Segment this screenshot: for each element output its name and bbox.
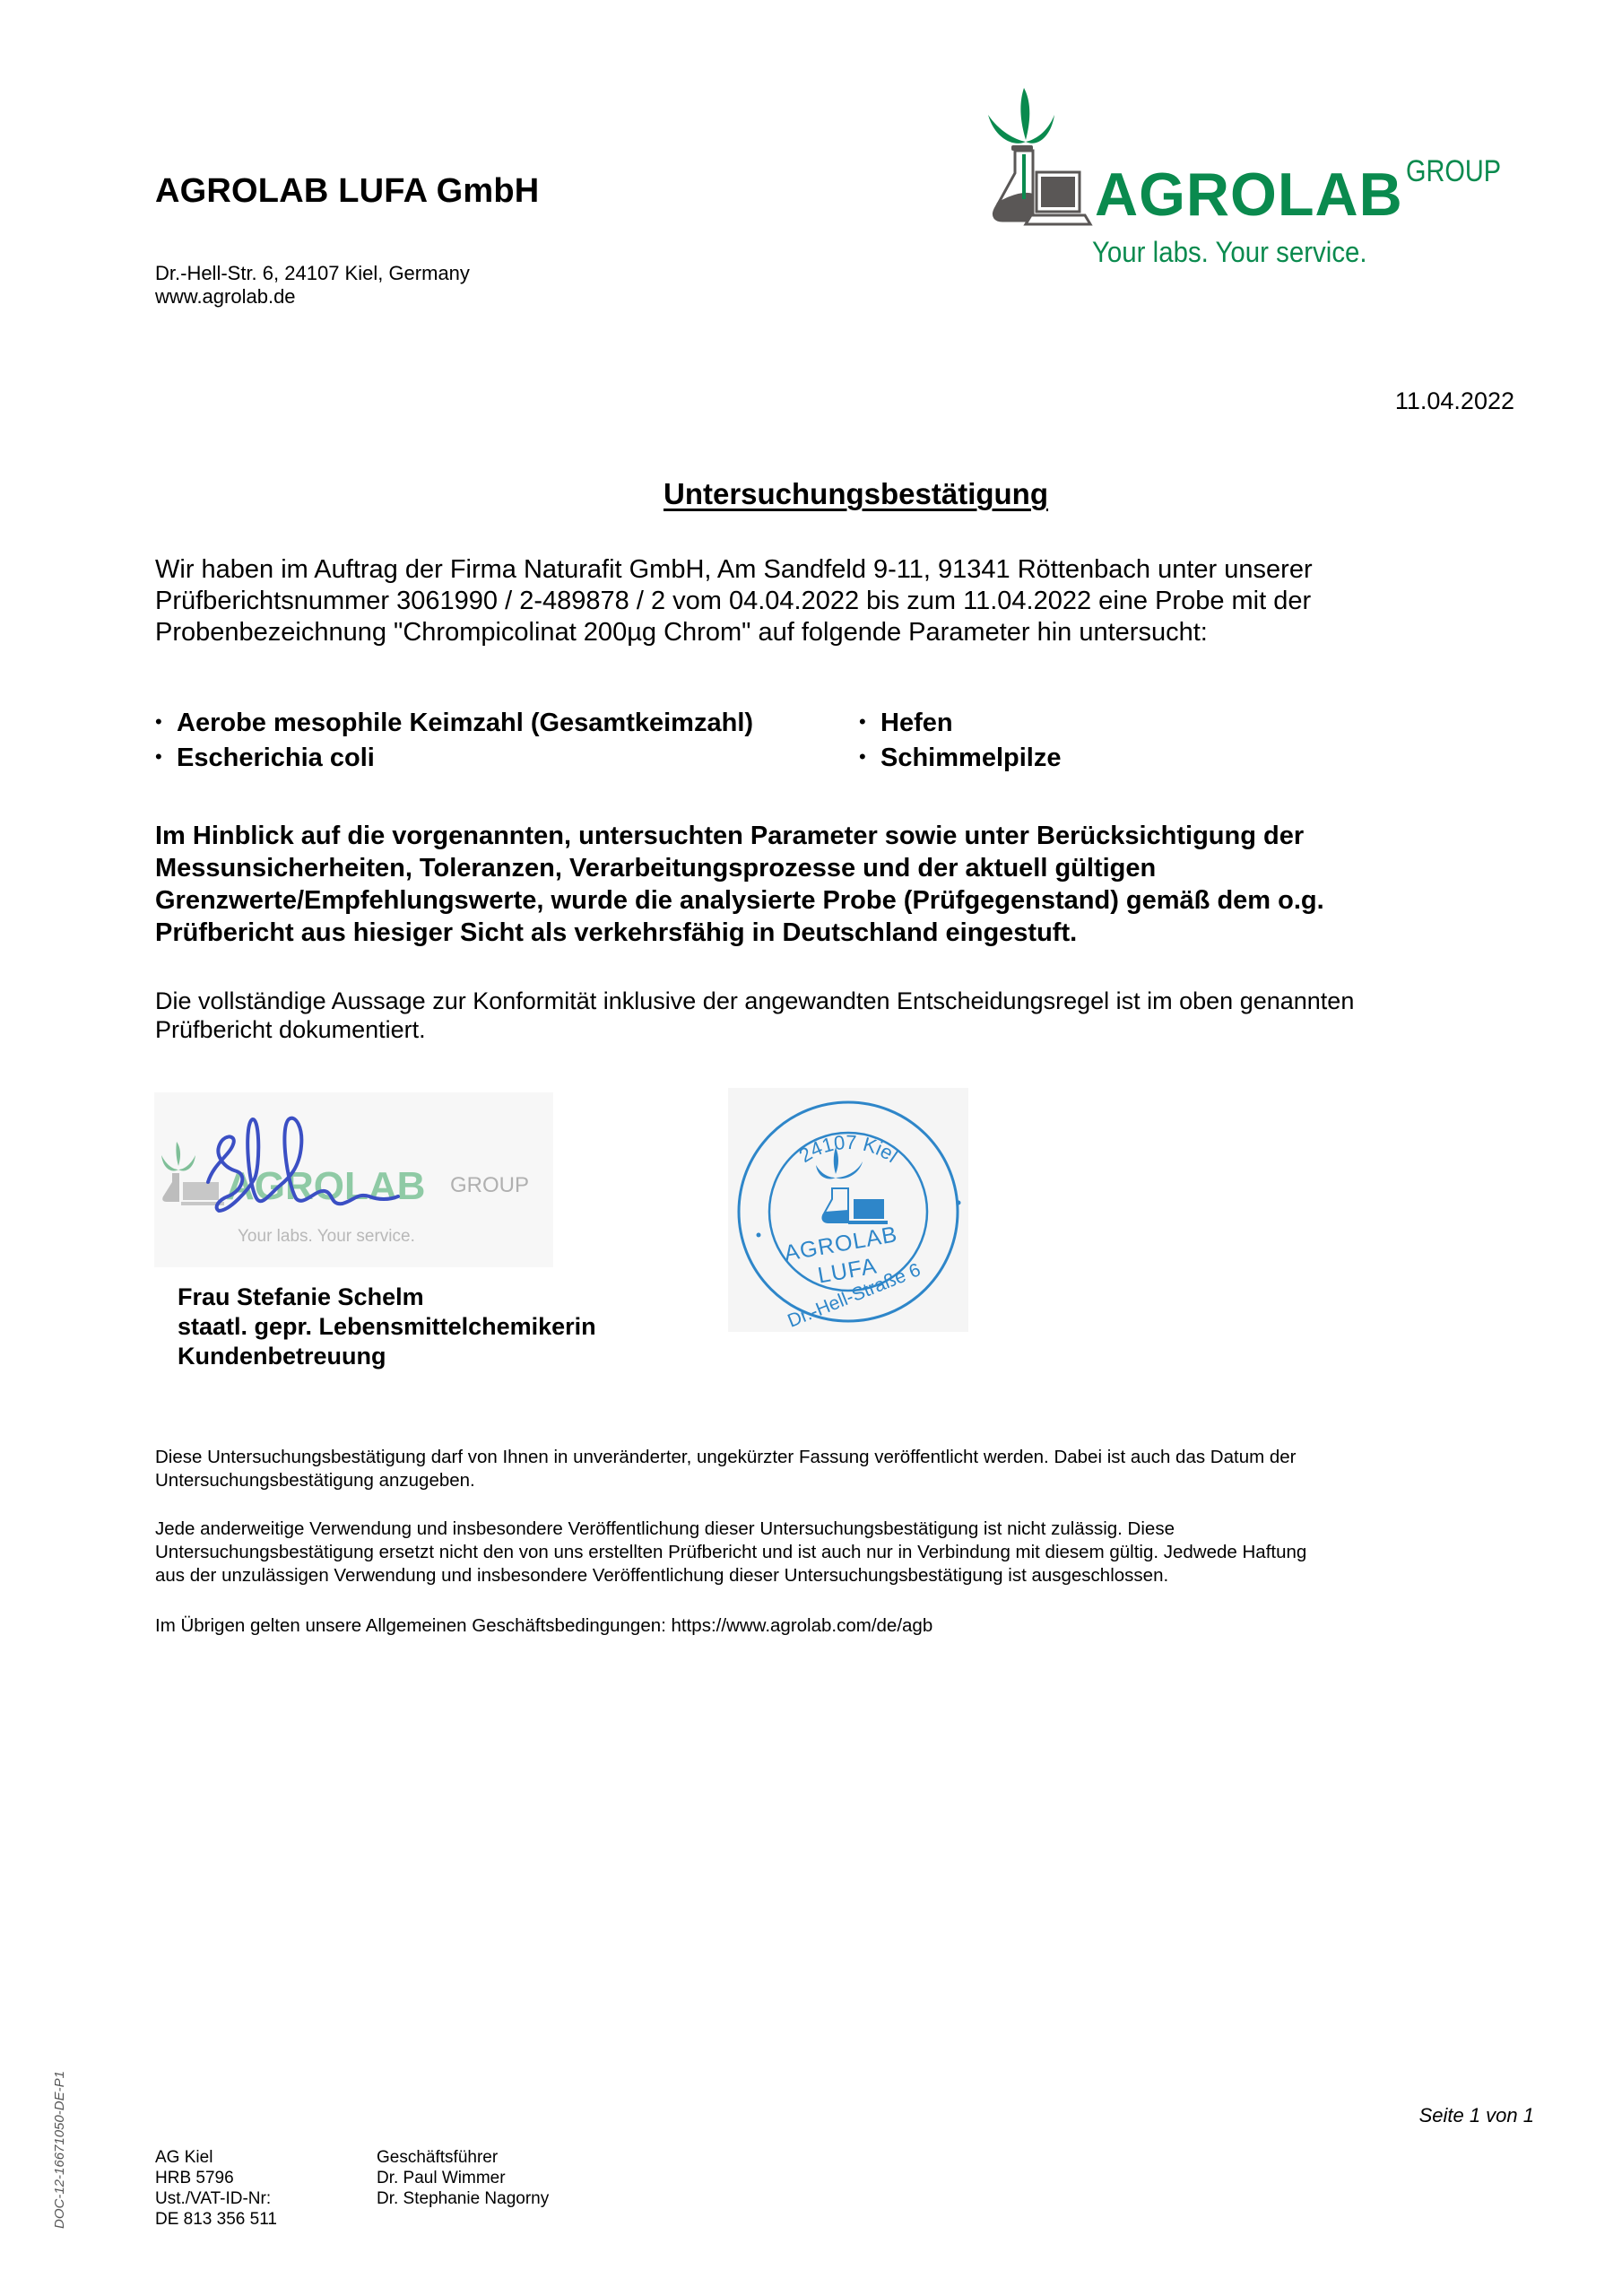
conclusion-paragraph: Im Hinblick auf die vorgenannten, unters… xyxy=(155,820,1590,949)
conformity-paragraph: Die vollständige Aussage zur Konformität… xyxy=(155,987,1590,1044)
bullet-icon: • xyxy=(859,705,880,738)
handwritten-signature-icon xyxy=(154,1092,553,1267)
title-text: Untersuchungsbestätigung xyxy=(664,477,1048,510)
conformity-line: Die vollständige Aussage zur Konformität… xyxy=(155,987,1590,1015)
parameter-label: Hefen xyxy=(880,709,953,737)
legal-line: Im Übrigen gelten unsere Allgemeinen Ges… xyxy=(155,1614,1554,1638)
svg-text:24107 Kiel: 24107 Kiel xyxy=(795,1131,903,1167)
logo-group: GROUP xyxy=(1406,154,1501,189)
legal-terms-note: Im Übrigen gelten unsere Allgemeinen Ges… xyxy=(155,1614,1554,1638)
document-title: Untersuchungsbestätigung xyxy=(0,477,1622,511)
conclusion-line: Messunsicherheiten, Toleranzen, Verarbei… xyxy=(155,852,1590,884)
logo-tagline: Your labs. Your service. xyxy=(1092,236,1367,269)
parameter-item: •Aerobe mesophile Keimzahl (Gesamtkeimza… xyxy=(155,705,753,740)
parameter-column-2: •Hefen •Schimmelpilze xyxy=(859,705,1061,775)
legal-line: aus der unzulässigen Verwendung und insb… xyxy=(155,1564,1554,1587)
page-number: Seite 1 von 1 xyxy=(1419,2104,1534,2127)
conformity-line: Prüfbericht dokumentiert. xyxy=(155,1015,1590,1044)
signatory-department: Kundenbetreuung xyxy=(178,1342,596,1371)
conclusion-line: Grenzwerte/Empfehlungswerte, wurde die a… xyxy=(155,884,1590,917)
signature-image: AGROLAB GROUP Your labs. Your service. xyxy=(154,1092,553,1267)
intro-paragraph: Wir haben im Auftrag der Firma Naturafit… xyxy=(155,554,1554,648)
parameter-label: Schimmelpilze xyxy=(880,744,1061,772)
footer-line: AG Kiel xyxy=(155,2147,277,2168)
legal-line: Jede anderweitige Verwendung und insbeso… xyxy=(155,1518,1554,1541)
document-date: 11.04.2022 xyxy=(1395,387,1514,415)
company-address: Dr.-Hell-Str. 6, 24107 Kiel, Germany www… xyxy=(155,262,470,309)
footer-line: HRB 5796 xyxy=(155,2168,277,2188)
legal-line: Untersuchungsbestätigung anzugeben. xyxy=(155,1469,1554,1492)
footer-management: Geschäftsführer Dr. Paul Wimmer Dr. Step… xyxy=(377,2147,549,2209)
flask-plant-laptop-icon xyxy=(986,88,1098,231)
conclusion-line: Im Hinblick auf die vorgenannten, unters… xyxy=(155,820,1590,852)
footer-line: Geschäftsführer xyxy=(377,2147,549,2168)
company-stamp: 24107 Kiel AGROLAB LUFA Dr.-Hell-Straße … xyxy=(728,1088,968,1332)
footer-registration: AG Kiel HRB 5796 Ust./VAT-ID-Nr: DE 813 … xyxy=(155,2147,277,2230)
parameter-item: •Escherichia coli xyxy=(155,740,753,775)
intro-line: Prüfberichtsnummer 3061990 / 2-489878 / … xyxy=(155,586,1554,617)
footer-line: DE 813 356 511 xyxy=(155,2209,277,2230)
company-name: AGROLAB LUFA GmbH xyxy=(155,172,539,211)
address-street: Dr.-Hell-Str. 6, 24107 Kiel, Germany xyxy=(155,262,470,285)
conclusion-line: Prüfbericht aus hiesiger Sicht als verke… xyxy=(155,917,1590,949)
bullet-icon: • xyxy=(155,740,177,773)
intro-line: Probenbezeichnung "Chrompicolinat 200µg … xyxy=(155,617,1554,648)
footer-line: Dr. Stephanie Nagorny xyxy=(377,2188,549,2209)
parameter-label: Escherichia coli xyxy=(177,744,375,772)
legal-line: Untersuchungsbestätigung ersetzt nicht d… xyxy=(155,1541,1554,1564)
parameter-item: •Schimmelpilze xyxy=(859,740,1061,775)
bullet-icon: • xyxy=(859,740,880,773)
parameter-item: •Hefen xyxy=(859,705,1061,740)
signatory-qualification: staatl. gepr. Lebensmittelchemikerin xyxy=(178,1312,596,1342)
legal-publication-note: Diese Untersuchungsbestätigung darf von … xyxy=(155,1446,1554,1492)
bullet-icon: • xyxy=(155,705,177,738)
logo-wordmark: AGROLAB xyxy=(1095,160,1403,230)
company-website: www.agrolab.de xyxy=(155,285,470,309)
footer-line: Ust./VAT-ID-Nr: xyxy=(155,2188,277,2209)
footer-line: Dr. Paul Wimmer xyxy=(377,2168,549,2188)
document-id: DOC-12-16671050-DE-P1 xyxy=(52,2071,67,2229)
signatory-name: Frau Stefanie Schelm xyxy=(178,1283,596,1312)
legal-line: Diese Untersuchungsbestätigung darf von … xyxy=(155,1446,1554,1469)
legal-usage-note: Jede anderweitige Verwendung und insbeso… xyxy=(155,1518,1554,1587)
agrolab-logo: AGROLAB GROUP Your labs. Your service. xyxy=(986,88,1542,276)
signatory-block: Frau Stefanie Schelm staatl. gepr. Leben… xyxy=(178,1283,596,1371)
intro-line: Wir haben im Auftrag der Firma Naturafit… xyxy=(155,554,1554,586)
parameter-label: Aerobe mesophile Keimzahl (Gesamtkeimzah… xyxy=(177,709,753,737)
parameter-column-1: •Aerobe mesophile Keimzahl (Gesamtkeimza… xyxy=(155,705,753,775)
